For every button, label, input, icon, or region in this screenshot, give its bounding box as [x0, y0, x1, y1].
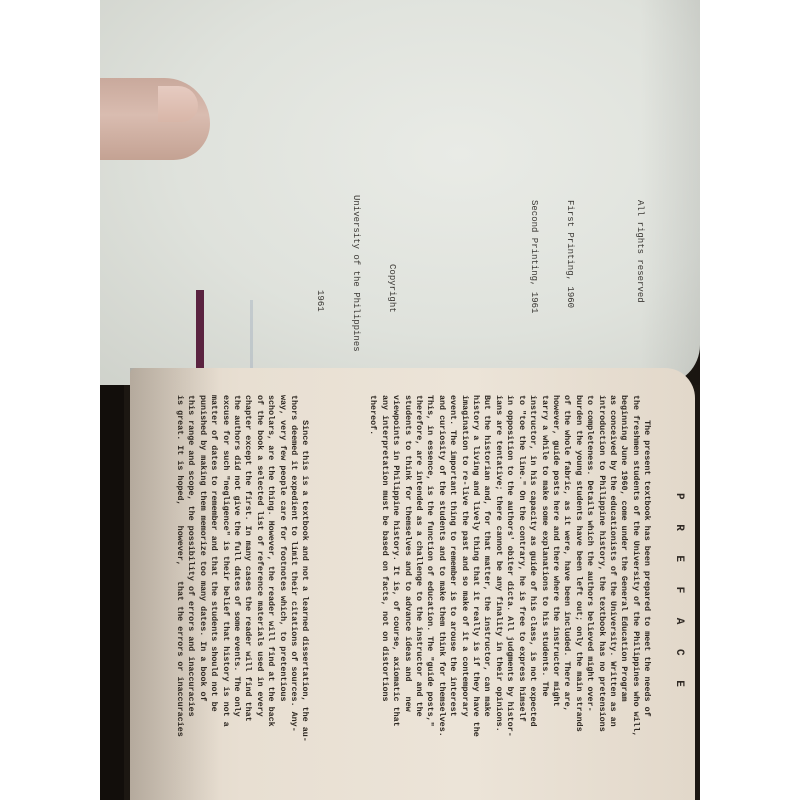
fingernail — [158, 86, 198, 122]
preface-line: and curiosity of the students and to mak… — [435, 395, 446, 742]
preface-line: to "toe the line." On the contrary, he i… — [515, 395, 526, 742]
first-printing-text: First Printing, 1960 — [564, 200, 576, 313]
preface-line: ians are tentative; there cannot be any … — [493, 395, 504, 742]
preface-line: event. The important thing to remember i… — [447, 395, 458, 742]
preface-line: this range and scope, the possibility of… — [185, 395, 196, 742]
copyright-label: Copyright — [386, 195, 398, 352]
preface-line: instructor, in his capacity as guide of … — [527, 395, 538, 742]
preface-line: any interpretation must be based on fact… — [378, 395, 389, 742]
copyright-rights-block: All rights reserved First Printing, 1960… — [504, 200, 670, 313]
preface-line: history a living and lively thing that i… — [470, 395, 481, 742]
preface-line: of the book a selected list of reference… — [253, 395, 264, 742]
copyright-year: 1961 — [314, 195, 326, 352]
preface-line: of the whole fabric, as it were, have be… — [561, 395, 572, 742]
rights-reserved-text: All rights reserved — [634, 200, 646, 313]
second-printing-text: Second Printing, 1961 — [528, 200, 540, 313]
preface-paragraph-1: The present textbook has been prepared t… — [367, 395, 652, 742]
preface-page: P R E F A C E The present textbook has b… — [130, 368, 695, 800]
preface-line: viewpoints in Philippine history. It is,… — [390, 395, 401, 742]
preface-line: The present textbook has been prepared t… — [641, 395, 652, 742]
preface-line: imagination to re-live the past and so m… — [458, 395, 469, 742]
book-photo: All rights reserved First Printing, 1960… — [100, 0, 700, 800]
page-shadow — [640, 0, 700, 385]
preface-line: is great. It is hoped, however, that the… — [174, 395, 185, 742]
preface-line: punished by making them memorize too man… — [196, 395, 207, 742]
preface-line: students to think for themselves and to … — [401, 395, 412, 742]
finger — [100, 78, 210, 160]
preface-line: the freshmen students of the University … — [629, 395, 640, 742]
copyright-page: All rights reserved First Printing, 1960… — [100, 0, 700, 385]
preface-line: matter of dates to remember and that the… — [208, 395, 219, 742]
preface-line: as conceived by the educationists of the… — [607, 395, 618, 742]
preface-line: scholars, are the thing. However, the re… — [265, 395, 276, 742]
preface-line: beginning June 1960, come under the Gene… — [618, 395, 629, 742]
cover-binding — [196, 290, 204, 380]
preface-line: tarry a while to make some explanations … — [538, 395, 549, 742]
preface-line: however, guide posts here and there wher… — [550, 395, 561, 742]
preface-line: burden the young students have been left… — [572, 395, 583, 742]
publisher-name: University of the Philippines — [350, 195, 362, 352]
preface-line: thors deemed it expedient to limit their… — [288, 395, 299, 742]
preface-line: excuse for such "negligence" is their be… — [219, 395, 230, 742]
preface-line: to completeness. Details which the autho… — [584, 395, 595, 742]
copyright-publisher-block: Copyright University of the Philippines … — [290, 195, 422, 352]
preface-body: The present textbook has been prepared t… — [151, 395, 675, 742]
preface-line: But the historian and, for that matter, … — [481, 395, 492, 742]
preface-line: way, very few people care for footnotes … — [276, 395, 287, 742]
preface-line: thereof. — [367, 395, 378, 742]
preface-paragraph-2: Since this is a textbook and not a learn… — [174, 395, 311, 742]
preface-line: introduction to Philippine history, the … — [595, 395, 606, 742]
preface-line: therefore, are intended as a challenge t… — [413, 395, 424, 742]
preface-line: chapter except the first. In many cases … — [242, 395, 253, 742]
preface-line: Since this is a textbook and not a learn… — [299, 395, 310, 742]
preface-line: the authors did not give the full dates … — [231, 395, 242, 742]
preface-line: This, in essence, is the function of edu… — [424, 395, 435, 742]
preface-line: in opposition to the authors' obiter dic… — [504, 395, 515, 742]
